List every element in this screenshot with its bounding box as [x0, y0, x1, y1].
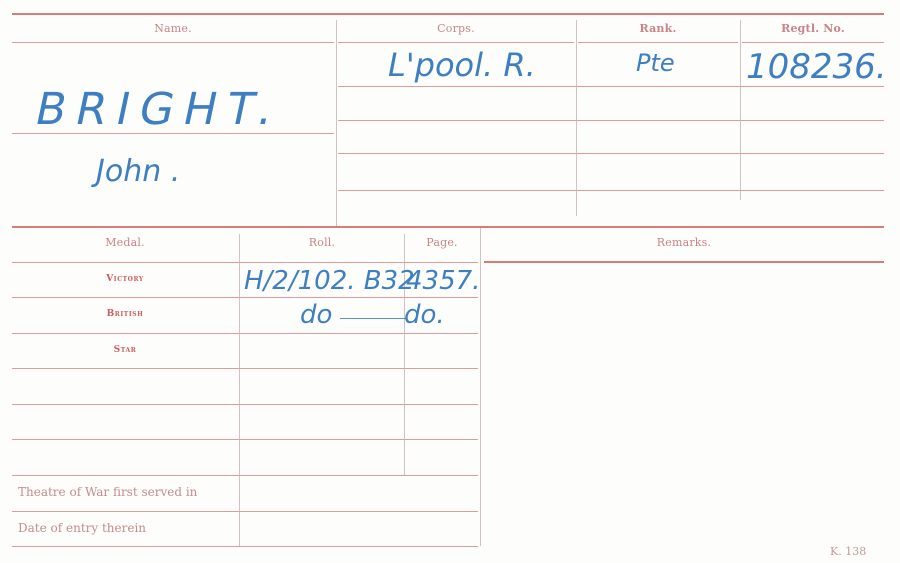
header-page: Page. [405, 236, 479, 249]
divider-corps-rank [576, 20, 577, 216]
medal-label-british: British [12, 309, 238, 319]
date-row-line [12, 546, 478, 547]
medal-row-line-4 [12, 404, 478, 405]
theatre-row-line [12, 511, 478, 512]
header-underline-rank [578, 42, 738, 43]
victory-roll-entry: H/2/102. B32 [244, 266, 415, 296]
british-page-entry: do. [404, 300, 445, 330]
medal-label-victory: Victory [12, 274, 238, 284]
section-divider-line [12, 226, 884, 228]
theatre-label: Theatre of War first served in [18, 485, 197, 499]
medal-row-line-2 [12, 333, 478, 334]
medal-index-card: Name. Corps. Rank. Regtl. No. BRIGHT. Jo… [0, 0, 900, 563]
medal-row-line-1 [12, 297, 478, 298]
divider-rank-regtl [740, 20, 741, 200]
medal-row-line-6 [12, 475, 478, 476]
header-rank: Rank. [578, 22, 738, 35]
header-corps: Corps. [338, 22, 574, 35]
form-number: K. 138 [830, 545, 866, 558]
right-row-line-2 [338, 120, 884, 121]
header-regtl-no: Regtl. No. [742, 22, 884, 35]
surname-entry: BRIGHT. [31, 88, 287, 132]
header-name: Name. [12, 22, 334, 35]
victory-page-entry: 4357. [406, 266, 480, 296]
remarks-header-underline [484, 261, 884, 263]
medal-label-star: Star [12, 345, 238, 355]
divider-medal-roll [239, 234, 240, 546]
divider-name-corps [336, 20, 337, 226]
forename-entry: John . [96, 156, 180, 188]
medal-row-line-3 [12, 368, 478, 369]
header-medal: Medal. [12, 236, 238, 249]
regtl-no-entry: 108236. [746, 48, 887, 86]
header-remarks: Remarks. [484, 236, 884, 249]
header-underline-regtl [742, 42, 884, 43]
british-roll-entry: do [300, 300, 332, 330]
medal-row-line-5 [12, 439, 478, 440]
corps-entry: L'pool. R. [388, 48, 536, 82]
header-underline-corps [338, 42, 574, 43]
right-row-line-4 [338, 190, 884, 191]
date-label: Date of entry therein [18, 521, 146, 535]
header-roll: Roll. [240, 236, 404, 249]
rank-entry: Pte [636, 48, 675, 78]
top-border-line [12, 13, 884, 15]
header-underline-name [12, 42, 334, 43]
ditto-dash [340, 318, 406, 319]
medal-header-underline [12, 262, 478, 263]
right-row-line-3 [338, 153, 884, 154]
